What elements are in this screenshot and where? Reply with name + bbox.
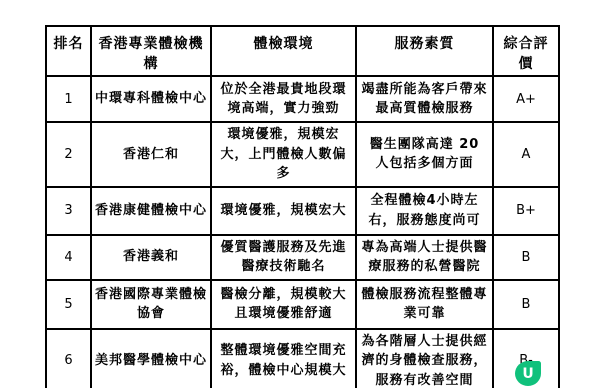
cell-rank: 5 — [46, 280, 91, 329]
cell-organization: 香港義和 — [91, 235, 211, 280]
medical-checkup-ranking-table: 排名 香港專業體檢機構 體檢環境 服務素質 綜合評價 1 中環專科體檢中心 位於… — [45, 25, 560, 388]
cell-organization: 香港國際專業體檢協會 — [91, 280, 211, 329]
cell-rating: A+ — [493, 76, 559, 122]
cell-service: 醫生團隊高達 20 人包括多個方面 — [356, 122, 493, 187]
cell-environment: 位於全港最貴地段環境高端，實力強勁 — [211, 76, 356, 122]
cell-organization: 香港仁和 — [91, 122, 211, 187]
cell-service: 為各階層人士提供經濟的身體檢查服務，服務有改善空間 — [356, 329, 493, 388]
table-row: 6 美邦醫學體檢中心 整體環境優雅空間充裕，體檢中心規模大 為各階層人士提供經濟… — [46, 329, 559, 388]
cell-rank: 6 — [46, 329, 91, 388]
table-row: 2 香港仁和 環境優雅，規模宏大，上門體檢人數偏多 醫生團隊高達 20 人包括多… — [46, 122, 559, 187]
cell-organization: 美邦醫學體檢中心 — [91, 329, 211, 388]
cell-rank: 1 — [46, 76, 91, 122]
u-lifestyle-logo: U — [515, 361, 541, 386]
table-header-row: 排名 香港專業體檢機構 體檢環境 服務素質 綜合評價 — [46, 26, 559, 76]
cell-environment: 環境優雅，規模宏大 — [211, 187, 356, 235]
table-row: 1 中環專科體檢中心 位於全港最貴地段環境高端，實力強勁 竭盡所能為客戶帶來最高… — [46, 76, 559, 122]
header-overall-rating: 綜合評價 — [493, 26, 559, 76]
header-environment: 體檢環境 — [211, 26, 356, 76]
cell-service: 體檢服務流程整體專業可靠 — [356, 280, 493, 329]
page-background: 排名 香港專業體檢機構 體檢環境 服務素質 綜合評價 1 中環專科體檢中心 位於… — [0, 0, 600, 388]
cell-rating: A — [493, 122, 559, 187]
cell-environment: 整體環境優雅空間充裕，體檢中心規模大 — [211, 329, 356, 388]
cell-rank: 2 — [46, 122, 91, 187]
cell-rating: B — [493, 235, 559, 280]
table-row: 3 香港康健體檢中心 環境優雅，規模宏大 全程體檢4小時左右，服務態度尚可 B+ — [46, 187, 559, 235]
cell-service: 專為高端人士提供醫療服務的私營醫院 — [356, 235, 493, 280]
cell-organization: 香港康健體檢中心 — [91, 187, 211, 235]
cell-rating: B — [493, 280, 559, 329]
cell-environment: 優質醫護服務及先進醫療技術馳名 — [211, 235, 356, 280]
u-logo-letter: U — [522, 366, 533, 382]
cell-organization: 中環專科體檢中心 — [91, 76, 211, 122]
cell-rank: 4 — [46, 235, 91, 280]
table-row: 4 香港義和 優質醫護服務及先進醫療技術馳名 專為高端人士提供醫療服務的私營醫院… — [46, 235, 559, 280]
cell-environment: 環境優雅，規模宏大，上門體檢人數偏多 — [211, 122, 356, 187]
cell-environment: 醫檢分離，規模較大且環境優雅舒適 — [211, 280, 356, 329]
cell-rank: 3 — [46, 187, 91, 235]
table-row: 5 香港國際專業體檢協會 醫檢分離，規模較大且環境優雅舒適 體檢服務流程整體專業… — [46, 280, 559, 329]
header-rank: 排名 — [46, 26, 91, 76]
header-organization: 香港專業體檢機構 — [91, 26, 211, 76]
cell-service: 竭盡所能為客戶帶來最高質體檢服務 — [356, 76, 493, 122]
cell-rating: B+ — [493, 187, 559, 235]
header-service-quality: 服務素質 — [356, 26, 493, 76]
cell-service: 全程體檢4小時左右，服務態度尚可 — [356, 187, 493, 235]
